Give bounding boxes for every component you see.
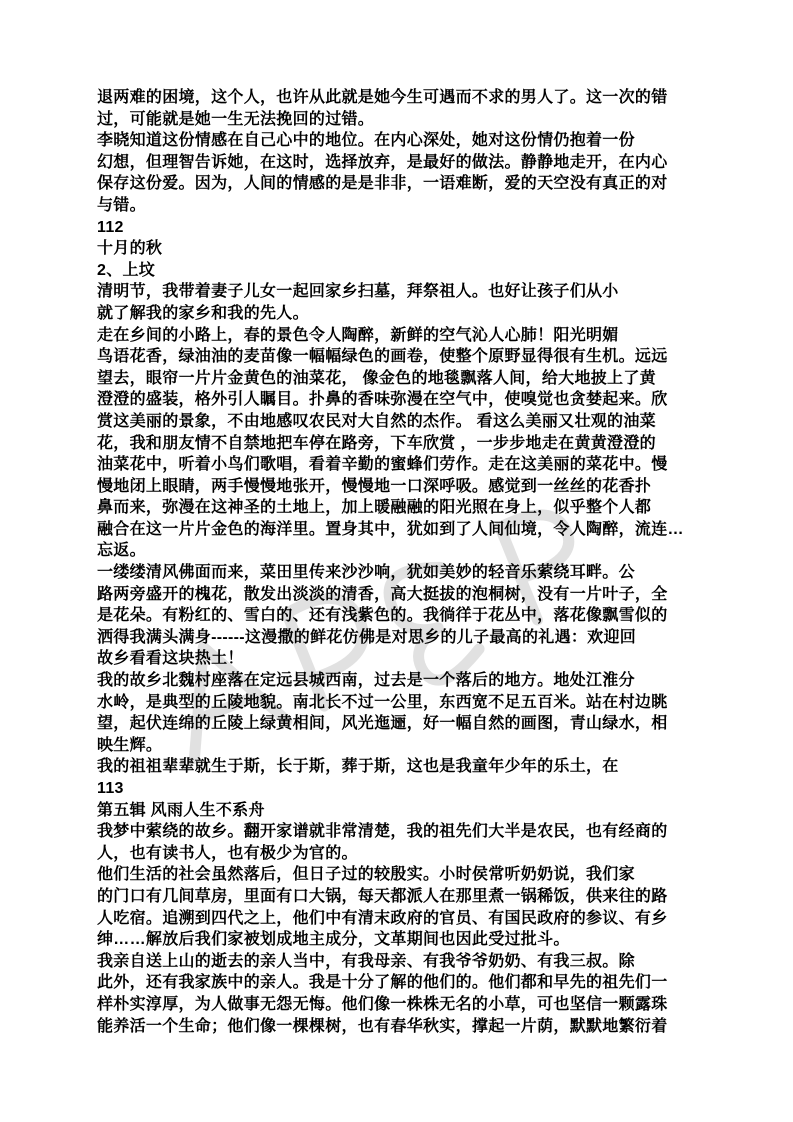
text-line: 融合在这一片片金色的海洋里。置身其中，犹如到了人间仙境，令人陶醉，流连… (97, 519, 703, 541)
text-line: 鼻而来，弥漫在这神圣的土地上，加上暖融融的阳光照在身上，似乎整个人都 (97, 497, 703, 519)
text-line: 一缕缕清风佛面而来，菜田里传来沙沙响，犹如美妙的轻音乐萦绕耳畔。公 (97, 562, 703, 584)
text-line: 人吃宿。追溯到四代之上，他们中有清末政府的官员、有国民政府的参议、有乡 (97, 908, 703, 930)
text-line: 退两难的困境，这个人，也许从此就是她今生可遇而不求的男人了。这一次的错 (97, 87, 703, 109)
text-line: 映生辉。 (97, 735, 703, 757)
text-line: 此外，还有我家族中的亲人。我是十分了解的他们的。他们都和早先的祖先们一 (97, 972, 703, 994)
text-line: 他们生活的社会虽然落后，但日子过的较殷实。小时侯常听奶奶说，我们家 (97, 864, 703, 886)
document-page: 退两难的困境，这个人，也许从此就是她今生可遇而不求的男人了。这一次的错过，可能就… (0, 0, 793, 1122)
text-line: 我亲自送上山的逝去的亲人当中，有我母亲、有我爷爷奶奶、有我三叔。除 (97, 951, 703, 973)
text-line: 鸟语花香，绿油油的麦苗像一幅幅绿色的画卷，使整个原野显得很有生机。远远 (97, 346, 703, 368)
text-line: 就了解我的家乡和我的先人。 (97, 303, 703, 325)
text-line: 幻想，但理智告诉她，在这时，选择放弃，是最好的做法。静静地走开，在内心 (97, 152, 703, 174)
text-line: 十月的秋 (97, 238, 703, 260)
text-line: 清明节，我带着妻子儿女一起回家乡扫墓，拜祭祖人。也好让孩子们从小 (97, 281, 703, 303)
text-line: 112 (97, 217, 703, 239)
text-line: 忘返。 (97, 540, 703, 562)
text-line: 油菜花中，听着小鸟们歌唱，看着辛勤的蜜蜂们劳作。走在这美丽的菜花中。慢 (97, 454, 703, 476)
text-line: 与错。 (97, 195, 703, 217)
text-line: 能养活一个生命；他们像一棵棵树，也有春华秋实，撑起一片荫，默默地繁衍着 (97, 1016, 703, 1038)
document-text: 退两难的困境，这个人，也许从此就是她今生可遇而不求的男人了。这一次的错过，可能就… (97, 87, 703, 1037)
text-line: 是花朵。有粉红的、雪白的、还有浅紫色的。我徜徉于花丛中，落花像飘雪似的 (97, 605, 703, 627)
text-line: 李晓知道这份情感在自己心中的地位。在内心深处，她对这份情仍抱着一份 (97, 130, 703, 152)
text-line: 慢地闭上眼睛，两手慢慢地张开，慢慢地一口深呼吸。感觉到一丝丝的花香扑 (97, 476, 703, 498)
text-line: 望，起伏连绵的丘陵上绿黄相间，风光迤逦，好一幅自然的画图，青山绿水，相 (97, 713, 703, 735)
text-line: 洒得我满头满身------这漫撒的鲜花仿佛是对思乡的儿子最高的礼遇：欢迎回 (97, 627, 703, 649)
text-line: 我的故乡北魏村座落在定远县城西南，过去是一个落后的地方。地处江淮分 (97, 670, 703, 692)
text-line: 第五辑 风雨人生不系舟 (97, 800, 703, 822)
text-line: 保存这份爱。因为，人间的情感的是是非非，一语难断，爱的天空没有真正的对 (97, 173, 703, 195)
text-line: 绅……解放后我们家被划成地主成分，文革期间也因此受过批斗。 (97, 929, 703, 951)
text-line: 113 (97, 778, 703, 800)
text-line: 澄澄的盛装，格外引人瞩目。扑鼻的香味弥漫在空气中，使嗅觉也贪婪起来。欣 (97, 389, 703, 411)
text-line: 花，我和朋友情不自禁地把车停在路旁，下车欣赏 ，一步步地走在黄黄澄澄的 (97, 433, 703, 455)
text-line: 2、上坟 (97, 260, 703, 282)
text-line: 望去，眼帘一片片金黄色的油菜花， 像金色的地毯飘落人间，给大地披上了黄 (97, 368, 703, 390)
text-line: 故乡看看这块热土！ (97, 648, 703, 670)
text-line: 人，也有读书人，也有极少为官的。 (97, 843, 703, 865)
text-line: 走在乡间的小路上，春的景色令人陶醉，新鲜的空气沁人心肺！阳光明媚 (97, 325, 703, 347)
text-line: 我梦中萦绕的故乡。翻开家谱就非常清楚，我的祖先们大半是农民，也有经商的 (97, 821, 703, 843)
text-line: 样朴实淳厚，为人做事无怨无悔。他们像一株株无名的小草，可也坚信一颗露珠 (97, 994, 703, 1016)
text-line: 我的祖祖辈辈就生于斯，长于斯，葬于斯，这也是我童年少年的乐土，在 (97, 756, 703, 778)
text-line: 水岭，是典型的丘陵地貌。南北长不过一公里，东西宽不足五百米。站在村边眺 (97, 692, 703, 714)
text-line: 赏这美丽的景象，不由地感叹农民对大自然的杰作。 看这么美丽又壮观的油菜 (97, 411, 703, 433)
text-line: 的门口有几间草房，里面有口大锅，每天都派人在那里煮一锅稀饭，供来往的路 (97, 886, 703, 908)
text-line: 过，可能就是她一生无法挽回的过错。 (97, 109, 703, 131)
text-line: 路两旁盛开的槐花，散发出淡淡的清香，高大挺拔的泡桐树，没有一片叶子，全 (97, 584, 703, 606)
